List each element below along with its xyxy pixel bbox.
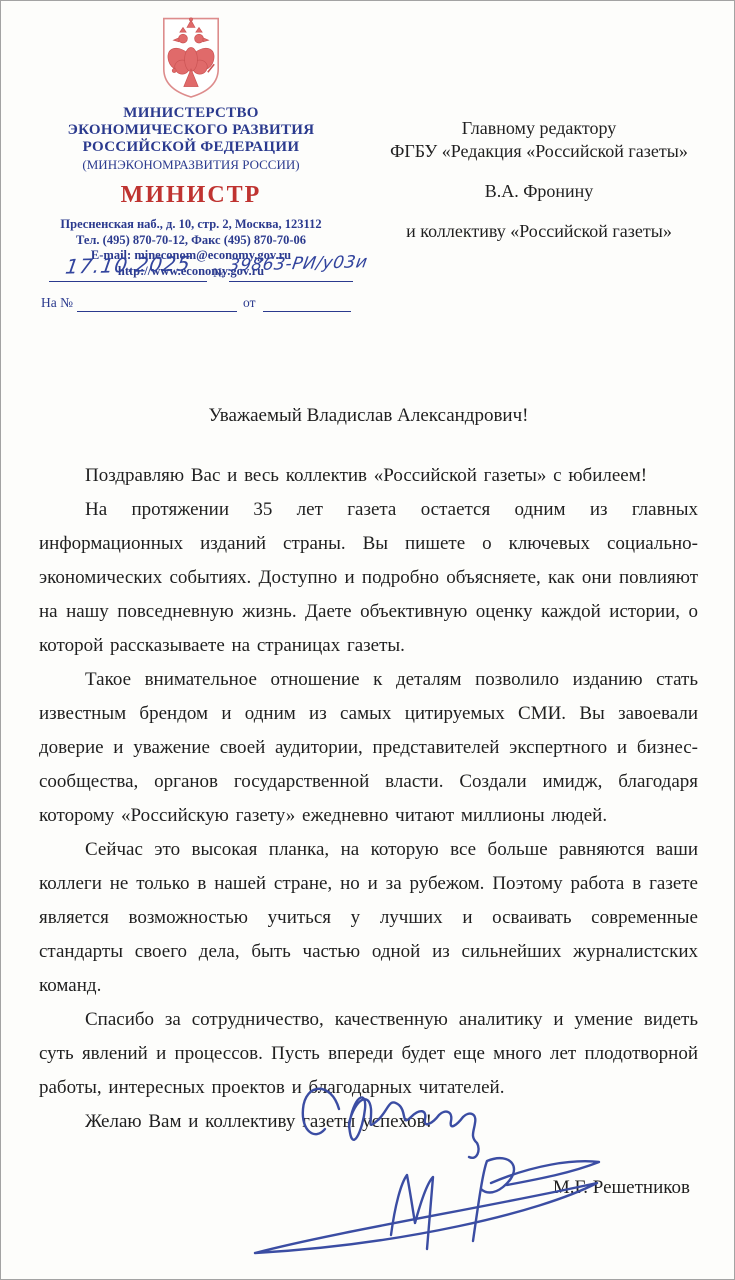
handwritten-number: 39863-РИ/у03и xyxy=(227,252,369,276)
ministry-name-line: РОССИЙСКОЙ ФЕДЕРАЦИИ xyxy=(37,139,345,156)
recipient-collective: и коллективу «Российской газеты» xyxy=(361,220,717,243)
address-line: Пресненская наб., д. 10, стр. 2, Москва,… xyxy=(37,217,345,233)
letterhead: МИНИСТЕРСТВО ЭКОНОМИЧЕСКОГО РАЗВИТИЯ РОС… xyxy=(37,13,345,279)
reply-from-label: от xyxy=(243,295,255,311)
scanned-letter-page: МИНИСТЕРСТВО ЭКОНОМИЧЕСКОГО РАЗВИТИЯ РОС… xyxy=(0,0,735,1280)
letter-number-field: 39863-РИ/у03и xyxy=(229,253,353,282)
salutation: Уважаемый Владислав Александрович! xyxy=(39,399,698,433)
recipient-person: В.А. Фронину xyxy=(361,180,717,203)
letter-date-field: 17.10.2025 xyxy=(49,253,207,282)
paragraph: Поздравляю Вас и весь коллектив «Российс… xyxy=(39,459,698,493)
recipient-org: Главному редактору ФГБУ «Редакция «Росси… xyxy=(361,117,717,163)
address-line: Тел. (495) 870-70-12, Факс (495) 870-70-… xyxy=(37,233,345,249)
recipient-line: ФГБУ «Редакция «Российской газеты» xyxy=(361,140,717,163)
paragraph: Сейчас это высокая планка, на которую вс… xyxy=(39,833,698,1003)
ministry-name-line: МИНИСТЕРСТВО xyxy=(37,105,345,122)
recipient-block: Главному редактору ФГБУ «Редакция «Росси… xyxy=(361,117,717,260)
reply-number-blank xyxy=(77,295,237,312)
ministry-name-line: ЭКОНОМИЧЕСКОГО РАЗВИТИЯ xyxy=(37,122,345,139)
ministry-name: МИНИСТЕРСТВО ЭКОНОМИЧЕСКОГО РАЗВИТИЯ РОС… xyxy=(37,105,345,156)
recipient-line: Главному редактору xyxy=(361,117,717,140)
handwritten-date: 17.10.2025 xyxy=(64,251,193,278)
number-sign-label: № xyxy=(213,265,225,281)
letter-body: Уважаемый Владислав Александрович! Поздр… xyxy=(39,399,698,1139)
reply-number-label: На № xyxy=(41,295,73,311)
handwritten-signature xyxy=(239,1063,631,1267)
reference-row: 17.10.2025 № 39863-РИ/у03и xyxy=(41,253,353,289)
paragraph: Такое внимательное отношение к деталям п… xyxy=(39,663,698,833)
reply-from-blank xyxy=(263,295,351,312)
paragraph: На протяжении 35 лет газета остается одн… xyxy=(39,493,698,663)
reply-reference-row: На № от xyxy=(41,293,353,315)
ministry-short-name: (МИНЭКОНОМРАЗВИТИЯ РОССИИ) xyxy=(37,157,345,173)
minister-title: МИНИСТР xyxy=(37,182,345,209)
russia-coat-of-arms-icon xyxy=(154,13,228,101)
